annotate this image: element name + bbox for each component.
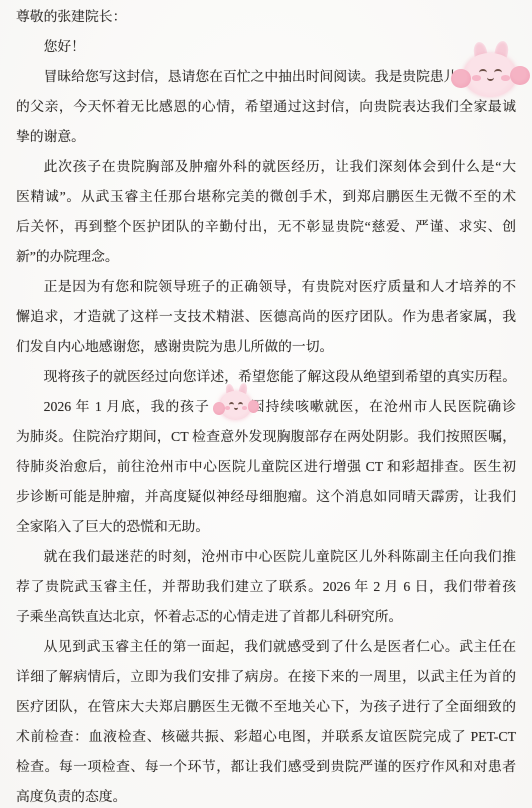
letter-line-14: 2026 年 1 月底，我的孩子因持续咳嗽就医，在沧州市人民医院确诊 — [16, 392, 516, 422]
letter-line-20: 荐了贵院武玉睿主任，并帮助我们建立了联系。2026 年 2 月 6 日，我们带着… — [16, 572, 516, 602]
letter-page: 尊敬的张建院长：您好！冒昧给您写这封信，恳请您在百忙之中抽出时间阅读。我是贵院患… — [0, 0, 532, 808]
letter-line-18: 全家陷入了巨大的恐慌和无助。 — [16, 512, 516, 542]
letter-line-12: 们发自内心地感谢您，感谢贵院为患儿所做的一切。 — [16, 332, 516, 362]
letter-line-17: 步诊断可能是肿瘤，并高度疑似神经母细胞瘤。这个消息如同晴天霹雳，让我们 — [16, 482, 516, 512]
letter-line-24: 医疗团队，在管床大夫郑启鹏医生无微不至地关心下，为孩子进行了全面细致的 — [16, 692, 516, 722]
bunny-cheek-icon — [213, 402, 225, 415]
letter-body: 尊敬的张建院长：您好！冒昧给您写这封信，恳请您在百忙之中抽出时间阅读。我是贵院患… — [16, 2, 516, 808]
letter-line-8: 后关怀，再到整个医护团队的辛勤付出，无不彰显贵院“慈爱、严谨、求实、创 — [16, 212, 516, 242]
letter-line-27: 高度负责的态度。 — [16, 782, 516, 808]
letter-line-7: 医精诚”。从武玉睿主任那台堪称完美的微创手术，到郑启鹏医生无微不至的术 — [16, 182, 516, 212]
letter-line-15: 为肺炎。住院治疗期间，CT 检查意外发现胸腹部存在两处阴影。我们按照医嘱， — [16, 422, 516, 452]
letter-text: 2026 年 1 月底，我的孩子 — [44, 399, 210, 414]
letter-line-6: 此次孩子在贵院胸部及肿瘤外科的就医经历，让我们深刻体会到什么是“大 — [16, 152, 516, 182]
bunny-sticker-inline-icon — [213, 384, 259, 425]
letter-line-19: 就在我们最迷茫的时刻，沧州市中心医院儿童院区儿外科陈副主任向我们推 — [16, 542, 516, 572]
letter-line-23: 详细了解病情后，立即为我们安排了病房。在接下来的一周里，以武主任为首的 — [16, 662, 516, 692]
letter-line-16: 待肺炎治愈后，前往沧州市中心医院儿童院区进行增强 CT 和彩超排查。医生初 — [16, 452, 516, 482]
letter-line-3: 冒昧给您写这封信，恳请您在百忙之中抽出时间阅读。我是贵院患儿 — [16, 62, 516, 92]
letter-line-22: 从见到武玉睿主任的第一面起，我们就感受到了什么是医者仁心。武主任在 — [16, 632, 516, 662]
bunny-mouth-icon — [487, 73, 495, 81]
letter-line-1: 尊敬的张建院长： — [16, 2, 516, 32]
letter-line-5: 挚的谢意。 — [16, 122, 516, 152]
bunny-cheek-icon — [510, 66, 530, 85]
letter-line-2: 您好！ — [16, 32, 516, 62]
letter-text: 因持续咳嗽就医，在沧州市人民医院确诊 — [250, 399, 516, 414]
letter-line-10: 正是因为有您和院领导班子的正确领导，有贵院对医疗质量和人才培养的不 — [16, 272, 516, 302]
letter-line-13: 现将孩子的就医经过向您详述，希望您能了解这段从绝望到希望的真实历程。 — [16, 362, 516, 392]
bunny-blush-icon — [501, 75, 510, 81]
letter-line-11: 懈追求，才造就了这样一支技术精湛、医德高尚的医疗团队。作为患者家属，我 — [16, 302, 516, 332]
letter-line-9: 新”的办院理念。 — [16, 242, 516, 272]
letter-line-26: 检查。每一项检查、每一个环节，都让我们感受到贵院严谨的医疗作风和对患者 — [16, 752, 516, 782]
bunny-cheek-icon — [248, 400, 260, 413]
bunny-sticker-top-icon — [452, 42, 529, 104]
letter-line-4: 的父亲，今天怀着无比感恩的心情，希望通过这封信，向贵院表达我们全家最诚 — [16, 92, 516, 122]
letter-line-21: 子乘坐高铁直达北京，怀着忐忑的心情走进了首都儿科研究所。 — [16, 602, 516, 632]
letter-line-25: 术前检查：血液检查、核磁共振、彩超心电图，并联系友谊医院完成了 PET-CT — [16, 722, 516, 752]
